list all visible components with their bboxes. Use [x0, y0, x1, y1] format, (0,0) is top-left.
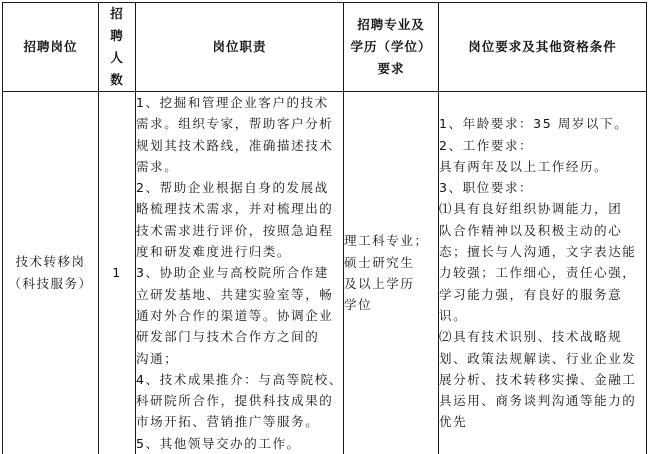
header-headcount-char: 聘	[99, 25, 135, 47]
header-position: 招聘岗位	[3, 3, 99, 92]
requirement-line: 3、职位要求：	[439, 177, 646, 198]
position-line: （科技服务）	[3, 273, 98, 295]
duty-line: 通对外合作的渠道等。协调企业	[136, 305, 343, 326]
major-line: 学位	[344, 294, 438, 315]
duty-line: 沟通；	[136, 348, 343, 369]
duties-cell: 1、挖掘和管理企业客户的技术 需求。组织专家，帮助客户分析 规划其技术路线，准确…	[136, 92, 344, 454]
duty-line: 需求。组织专家，帮助客户分析	[136, 113, 343, 134]
requirement-line: 展分析、技术转移实操、金融工	[439, 369, 646, 390]
position-line: 技术转移岗	[3, 251, 98, 273]
headcount-cell: 1	[99, 92, 136, 454]
header-headcount-char: 招	[99, 3, 135, 25]
requirement-line: 2、工作要求：	[439, 135, 646, 156]
duty-line: 立研发基地、共建实验室等，畅	[136, 284, 343, 305]
requirement-line: 态；擅长与人沟通，文字表达能	[439, 241, 646, 262]
position-cell: 技术转移岗 （科技服务）	[3, 92, 99, 454]
major-line: 理工科专业；	[344, 230, 438, 251]
requirement-line: 具运用、商务谈判沟通等能力的	[439, 390, 646, 411]
header-major-line: 要求	[344, 58, 438, 80]
duty-line: 研发部门与技术合作方之间的	[136, 326, 343, 347]
header-major-education: 招聘专业及 学历（学位） 要求	[344, 3, 439, 92]
requirement-line: 具有两年及以上工作经历。	[439, 156, 646, 177]
major-education-cell: 理工科专业； 硕士研究生 及以上学历 学位	[344, 92, 439, 454]
duty-line: 5、其他领导交办的工作。	[136, 433, 343, 454]
header-row: 招聘岗位 招 聘 人 数 岗位职责 招聘专业及 学历（学位） 要求 岗位要求及其…	[3, 3, 647, 92]
header-major-line: 招聘专业及	[344, 14, 438, 36]
duty-line: 技术需求进行评价，按照急迫程	[136, 220, 343, 241]
header-duties: 岗位职责	[136, 3, 344, 92]
duty-line: 略梳理技术需求，并对梳理出的	[136, 198, 343, 219]
duty-line: 4、技术成果推介：与高等院校、	[136, 369, 343, 390]
duty-line: 1、挖掘和管理企业客户的技术	[136, 92, 343, 113]
requirement-line: ⑵具有技术识别、技术战略规	[439, 326, 646, 347]
requirement-line: 队合作精神以及积极主动的心	[439, 220, 646, 241]
requirement-line: 力较强；工作细心，责任心强，	[439, 262, 646, 283]
duty-line: 2、帮助企业根据自身的发展战	[136, 177, 343, 198]
header-headcount-char: 人	[99, 47, 135, 69]
duty-line: 度和研发难度进行归类。	[136, 241, 343, 262]
header-headcount-char: 数	[99, 69, 135, 91]
requirement-line: 识。	[439, 305, 646, 326]
duty-line: 需求。	[136, 156, 343, 177]
duty-line: 市场开拓、营销推广等服务。	[136, 411, 343, 432]
requirements-cell: 1、年龄要求：35 周岁以下。 2、工作要求： 具有两年及以上工作经历。 3、职…	[439, 92, 647, 454]
table-row: 技术转移岗 （科技服务） 1 1、挖掘和管理企业客户的技术 需求。组织专家，帮助…	[3, 92, 647, 454]
requirement-line: 优先	[439, 411, 646, 432]
header-major-line: 学历（学位）	[344, 36, 438, 58]
recruitment-table: 招聘岗位 招 聘 人 数 岗位职责 招聘专业及 学历（学位） 要求 岗位要求及其…	[2, 2, 647, 454]
major-line: 及以上学历	[344, 273, 438, 294]
major-line: 硕士研究生	[344, 252, 438, 273]
requirement-line: ⑴具有良好组织协调能力，团	[439, 198, 646, 219]
duty-line: 规划其技术路线，准确描述技术	[136, 135, 343, 156]
header-requirements: 岗位要求及其他资格条件	[439, 3, 647, 92]
requirement-line: 学习能力强，有良好的服务意	[439, 284, 646, 305]
duty-line: 3、协助企业与高校院所合作建	[136, 262, 343, 283]
duty-line: 科研院所合作，提供科技成果的	[136, 390, 343, 411]
requirement-line: 1、年龄要求：35 周岁以下。	[439, 113, 646, 134]
requirement-line: 划、政策法规解读、行业企业发	[439, 348, 646, 369]
header-headcount: 招 聘 人 数	[99, 3, 136, 92]
